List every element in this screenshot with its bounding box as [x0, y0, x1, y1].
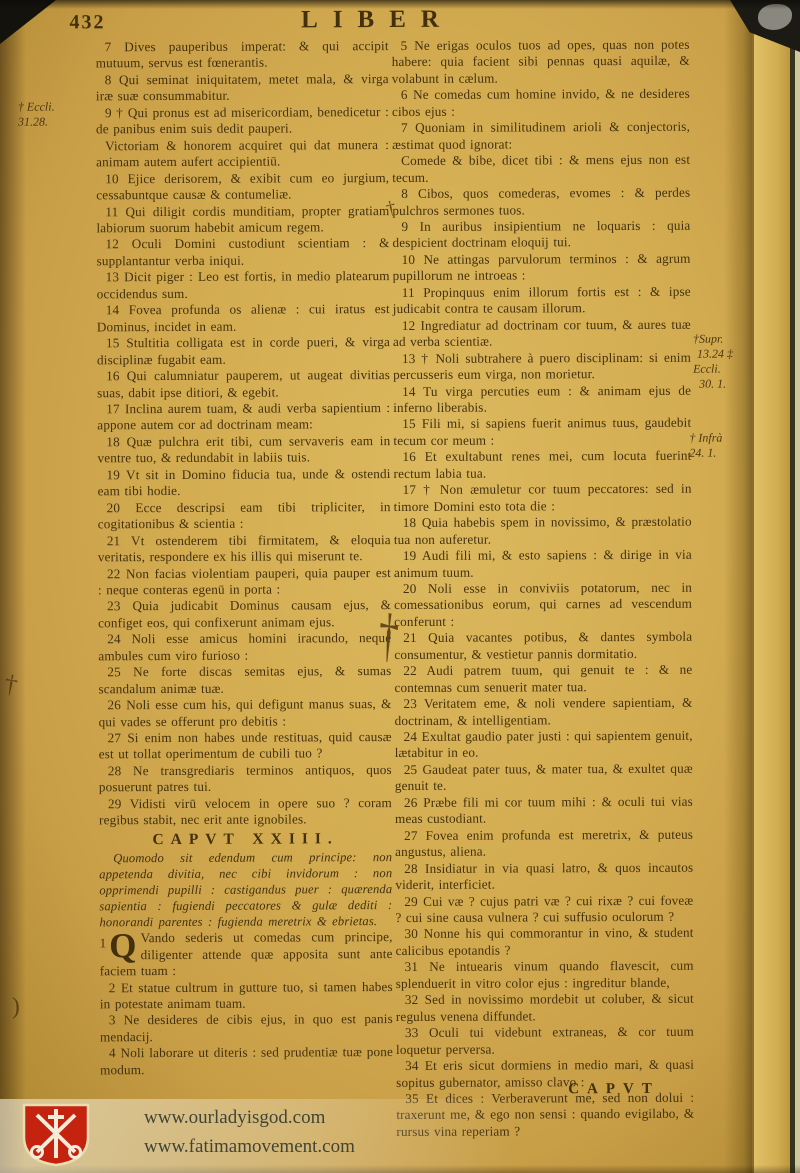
verse: 16 Qui calumniatur pauperem, ut augeat d…	[97, 367, 390, 401]
book-page-photo: 432 LIBER 7 Dives pauperibus imperat: & …	[0, 0, 800, 1173]
verse: 13 † Noli subtrahere à puero disciplinam…	[393, 349, 691, 383]
verse: Comede & bibe, dicet tibi : & mens ejus …	[392, 152, 690, 186]
watermark-url-2: www.fatimamovement.com	[144, 1132, 355, 1161]
verse: 29 Vidisti virū velocem in opere suo ? c…	[99, 795, 392, 829]
verse: 26 Noli esse cum his, qui defigunt manus…	[98, 696, 391, 730]
left-text-column: 7 Dives pauperibus imperat: & qui accipi…	[96, 38, 394, 1079]
verse: 21 Quia vacantes potibus, & dantes symbo…	[394, 629, 692, 663]
chapter-summary: Quomodo sit edendum cum principe: non ap…	[99, 849, 392, 930]
running-title: LIBER	[227, 5, 527, 34]
verse: 14 Fovea profunda os alienæ : cui iratus…	[97, 301, 390, 335]
verse: 24 Noli esse amicus homini iracundo, neq…	[98, 630, 391, 664]
verse: 10 Ejice derisorem, & exibit cum eo jurg…	[96, 170, 389, 204]
verse: 15 Stultitia colligata est in corde puer…	[97, 334, 390, 368]
watermark-shield-logo	[20, 1102, 92, 1168]
verse: 30 Nonne his qui commorantur in vino, & …	[395, 925, 693, 959]
verse: 26 Præbe fili mi cor tuum mihi : & oculi…	[395, 794, 693, 828]
verse: 31 Ne intuearis vinum quando flavescit, …	[396, 958, 694, 992]
printed-text-layer: 432 LIBER 7 Dives pauperibus imperat: & …	[0, 0, 800, 1173]
verse: 17 Inclina aurem tuam, & audi verba sapi…	[97, 400, 390, 434]
verse: 20 Noli esse in conviviis potatorum, nec…	[394, 580, 692, 631]
right-text-column: 5 Ne erigas oculos tuos ad opes, quas no…	[392, 37, 695, 1141]
verse: 8 Cibos, quos comederas, evomes : & perd…	[392, 185, 690, 219]
handwritten-cross-mark: †	[2, 669, 20, 701]
verse: 19 Audi fili mi, & esto sapiens : & diri…	[394, 547, 692, 581]
verse: 8 Qui seminat iniquitatem, metet mala, &…	[96, 71, 389, 105]
verse: 11 Qui diligit cordis munditiam, propter…	[96, 203, 389, 237]
page-number: 432	[69, 11, 105, 34]
verse: 21 Vt ostenderem tibi firmitatem, & eloq…	[98, 532, 391, 566]
verse: 25 Gaudeat pater tuus, & mater tua, & ex…	[395, 761, 693, 795]
margin-note-eccli: † Eccli. 31.28.	[18, 100, 55, 130]
verse: 5 Ne erigas oculos tuos ad opes, quas no…	[392, 37, 690, 88]
margin-note-infra: † Infrà 24. 1.	[689, 430, 745, 460]
verse: 3 Ne desideres de cibis ejus, in quo est…	[100, 1012, 393, 1046]
verse: 14 Tu virga percuties eum : & animam eju…	[393, 382, 691, 416]
verse: 18 Quia habebis spem in novissimo, & præ…	[394, 514, 692, 548]
verse: 17 † Non æmuletur cor tuum peccatores: s…	[394, 481, 692, 515]
verse: 24 Exultat gaudio pater justi : qui sapi…	[395, 728, 693, 762]
verse: 23 Veritatem eme, & noli vendere sapient…	[394, 695, 692, 729]
verse: 33 Oculi tui videbunt extraneas, & cor t…	[396, 1024, 694, 1058]
verse: 13 Dicit piger : Leo est fortis, in medi…	[97, 268, 390, 302]
verse: 1QVando sederis ut comedas cum principe,…	[99, 929, 392, 980]
verse: 7 Quoniam in similitudinem arioli & conj…	[392, 119, 690, 153]
verse: 25 Ne forte discas semitas ejus, & sumas…	[98, 663, 391, 697]
verse: 7 Dives pauperibus imperat: & qui accipi…	[96, 38, 389, 72]
verse: 20 Ecce descripsi eam tibi tripliciter, …	[98, 499, 391, 533]
verse: 11 Propinquus enim illorum fortis est : …	[393, 284, 691, 318]
verse: 23 Quia judicabit Dominus causam ejus, &…	[98, 597, 391, 631]
catchword: CAPVT	[568, 1081, 660, 1098]
verse: 19 Vt sit in Domino fiducia tua, unde & …	[97, 466, 390, 500]
verse: 12 Oculi Domini custodiunt scientiam : &…	[96, 235, 389, 269]
watermark-url-1: www.ourladyisgod.com	[144, 1103, 355, 1132]
watermark-urls: www.ourladyisgod.com www.fatimamovement.…	[144, 1103, 355, 1161]
verse: 28 Ne transgrediaris terminos antiquos, …	[99, 762, 392, 796]
verse: 16 Et exultabunt renes mei, cum locuta f…	[393, 448, 691, 482]
verse: 15 Fili mi, si sapiens fuerit animus tuu…	[393, 415, 691, 449]
verse: 12 Ingrediatur ad doctrinam cor tuum, & …	[393, 316, 691, 350]
verse: 28 Insidiatur in via quasi latro, & quos…	[395, 859, 693, 893]
verse: 6 Ne comedas cum homine invido, & ne des…	[392, 86, 690, 120]
drop-cap: 1Q	[100, 932, 137, 962]
verse: 22 Non facias violentiam pauperi, quia p…	[98, 565, 391, 599]
verse: 22 Audi patrem tuum, qui genuit te : & n…	[394, 662, 692, 696]
margin-note-supr: †Supr. 13.24 ‡ Eccli. 30. 1.	[693, 331, 747, 391]
verse: 2 Et statue cultrum in gutture tuo, si t…	[100, 979, 393, 1013]
verse: Victoriam & honorem acquiret qui dat mun…	[96, 137, 389, 171]
verse: 18 Quæ pulchra erit tibi, cum servaveris…	[97, 433, 390, 467]
chapter-heading: CAPVT XXIII.	[99, 831, 392, 849]
verse: 32 Sed in novissimo mordebit ut coluber,…	[396, 991, 694, 1025]
verse: 9 † Qui pronus est ad misericordiam, ben…	[96, 104, 389, 138]
verse: 29 Cui væ ? cujus patri væ ? cui rixæ ? …	[395, 892, 693, 926]
handwritten-paren-mark: )	[12, 994, 20, 1021]
verse: 27 Si enim non habes unde restituas, qui…	[99, 729, 392, 763]
verse: 9 In auribus insipientium ne loquaris : …	[392, 218, 690, 252]
verse: 4 Noli laborare ut diteris : sed prudent…	[100, 1044, 393, 1078]
verse: 10 Ne attingas parvulorum terminos : & a…	[393, 251, 691, 285]
verse: 27 Fovea enim profunda est meretrix, & p…	[395, 826, 693, 860]
